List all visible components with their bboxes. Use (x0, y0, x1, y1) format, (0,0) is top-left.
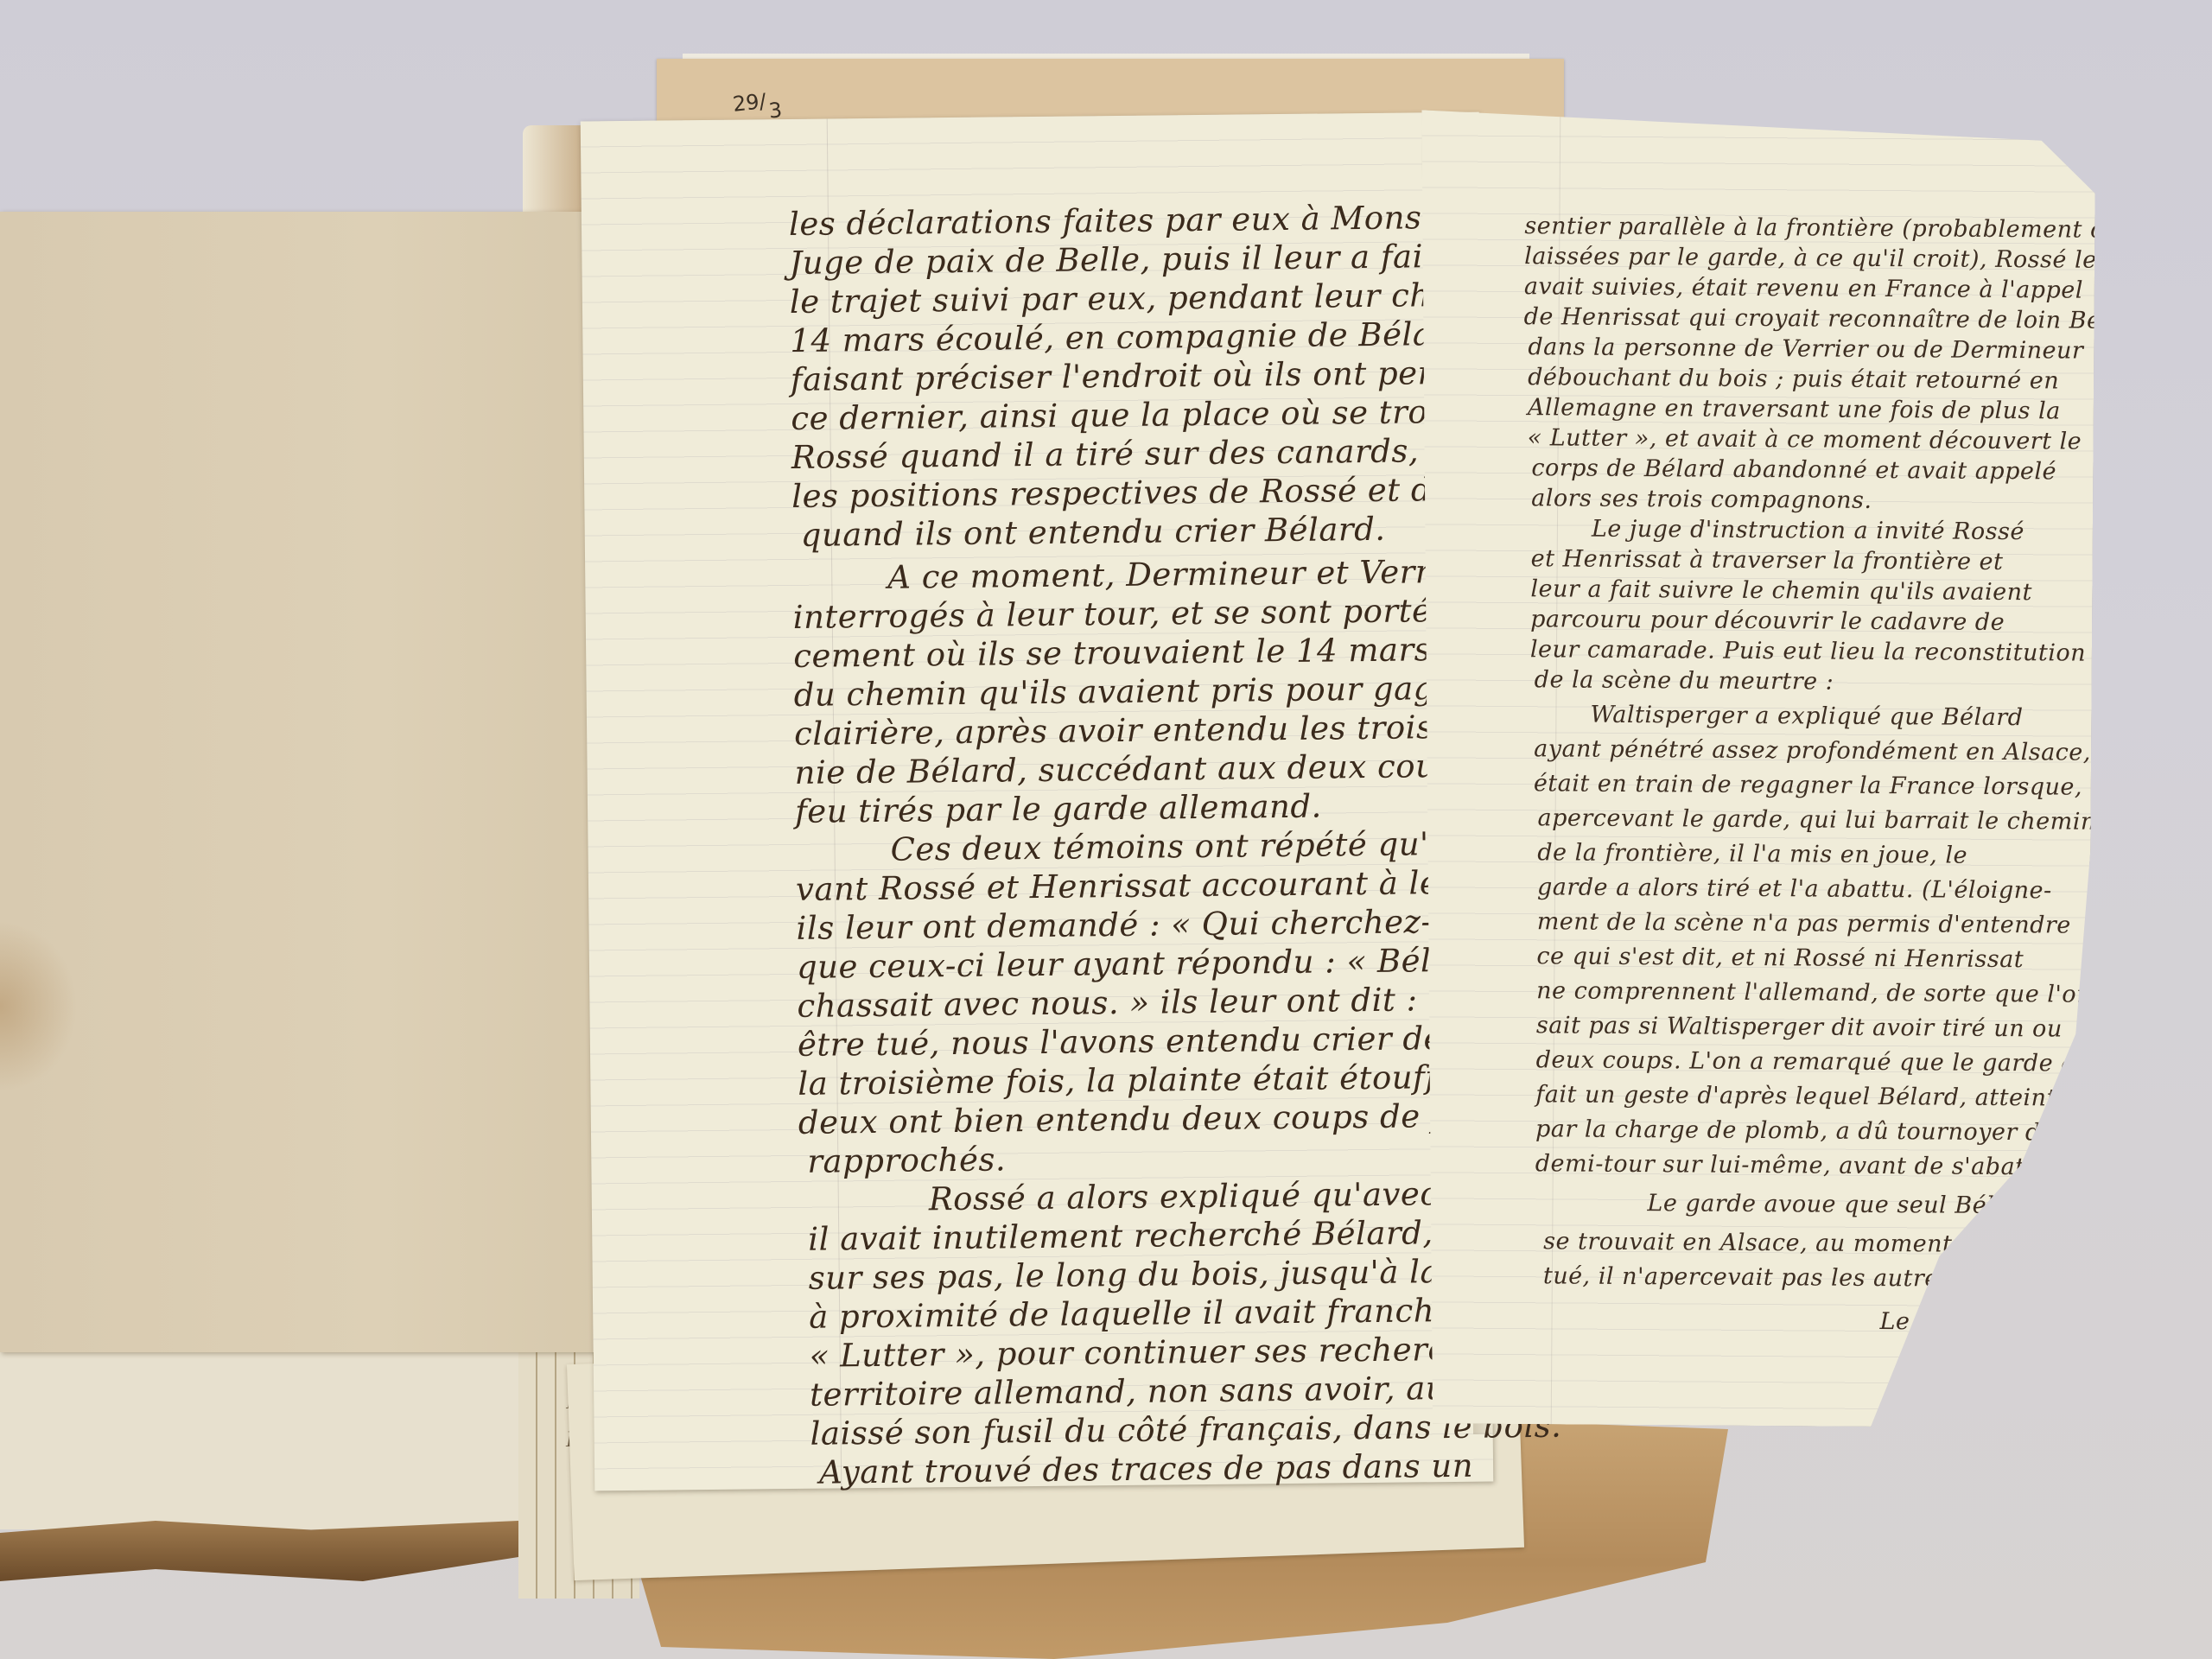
text-line: se trouvait en Alsace, au moment où il l… (1543, 1228, 2050, 1258)
folio-number: 29/3 (732, 87, 783, 117)
text-line: du chemin qu'ils avaient pris pour gagne… (793, 669, 1531, 714)
right-page-text: sentier parallèle à la frontière (probab… (1524, 213, 2060, 216)
text-line: les déclarations faites par eux à Monsie… (789, 198, 1529, 243)
text-line: leur a fait suivre le chemin qu'ils avai… (1530, 575, 2032, 606)
stain (0, 920, 78, 1093)
text-line: était en train de regagner la France lor… (1534, 770, 2082, 800)
text-line: avait suivies, était revenu en France à … (1524, 273, 2083, 304)
text-line: ce dernier, ainsi que la place où se tro… (791, 392, 1510, 437)
text-line: ce qui s'est dit, et ni Rossé ni Henriss… (1536, 943, 2024, 973)
text-line: apercevant le garde, qui lui barrait le … (1537, 804, 2095, 836)
text-line: tué, il n'apercevait pas les autres chas… (1543, 1262, 2089, 1293)
text-line: et Henrissat à traverser la frontière et (1531, 545, 2004, 575)
under-sheet-left (0, 1331, 520, 1529)
text-line: fait un geste d'après lequel Bélard, att… (1535, 1081, 2056, 1111)
text-line: deux coups. L'on a remarqué que le garde… (1536, 1046, 2075, 1077)
text-line: ayant pénétré assez profondément en Alsa… (1534, 735, 2091, 766)
text-line: demi-tour sur lui-même, avant de s'abatt… (1535, 1150, 2078, 1180)
text-line: ne comprennent l'allemand, de sorte que … (1536, 977, 2129, 1008)
text-line: Le juge d'instruction a invité Rossé (1592, 516, 2024, 545)
text-line: laissées par le garde, à ce qu'il croit)… (1524, 243, 2109, 274)
text-line: alors ses trois compagnons. (1531, 485, 1872, 514)
text-line: de la frontière, il l'a mis en joue, le (1537, 839, 1967, 868)
left-page-text: les déclarations faites par eux à Monsie… (789, 199, 1463, 206)
text-line: Ayant trouvé des traces de pas dans un (819, 1447, 1473, 1491)
text-line: Le juge (1879, 1308, 1970, 1336)
text-line: sentier parallèle à la frontière (probab… (1524, 213, 2160, 244)
text-line: « Lutter », et avait à ce moment découve… (1528, 424, 2082, 454)
torn-kraft-paper-left (0, 1521, 518, 1581)
text-line: rapprochés. (807, 1141, 1006, 1179)
text-line: de Henrissat qui croyait reconnaître de … (1524, 303, 2151, 334)
text-line: Waltisperger a expliqué que Bélard (1590, 702, 2023, 731)
left-handwritten-page: les déclarations faites par eux à Monsie… (581, 112, 1494, 1491)
text-line: quand ils ont entendu crier Bélard. (801, 511, 1386, 554)
text-line: garde a alors tiré et l'a abattu. (L'élo… (1537, 874, 2052, 904)
text-line: ment de la scène n'a pas permis d'entend… (1537, 908, 2071, 938)
text-line: Allemagne en traversant une fois de plus… (1528, 394, 2061, 424)
text-line: corps de Bélard abandonné et avait appel… (1531, 454, 2056, 485)
text-line: feu tirés par le garde allemand. (795, 788, 1322, 830)
text-line: débouchant du bois ; puis était retourné… (1528, 364, 2059, 394)
text-line: par la charge de plomb, a dû tournoyer d… (1535, 1116, 2079, 1146)
text-line: parcouru pour découvrir le cadavre de (1530, 606, 2005, 636)
text-line: sait pas si Waltisperger dit avoir tiré … (1536, 1012, 2063, 1042)
text-line: de la scène du meurtre : (1535, 666, 1834, 695)
text-line: dans la personne de Verrier ou de Dermin… (1528, 334, 2083, 364)
text-line: à proximité de laquelle il avait franchi… (809, 1292, 1486, 1336)
text-line: leur camarade. Puis eut lieu la reconsti… (1530, 636, 2086, 666)
text-line: nie de Bélard, succédant aux deux coups … (794, 747, 1525, 791)
right-handwritten-page: sentier parallèle à la frontière (probab… (1413, 110, 2096, 1427)
folio-numerator: 29 (732, 90, 760, 117)
text-line: Le garde avoue que seul Bélard (1647, 1190, 2036, 1219)
folder-cover (0, 212, 631, 1352)
